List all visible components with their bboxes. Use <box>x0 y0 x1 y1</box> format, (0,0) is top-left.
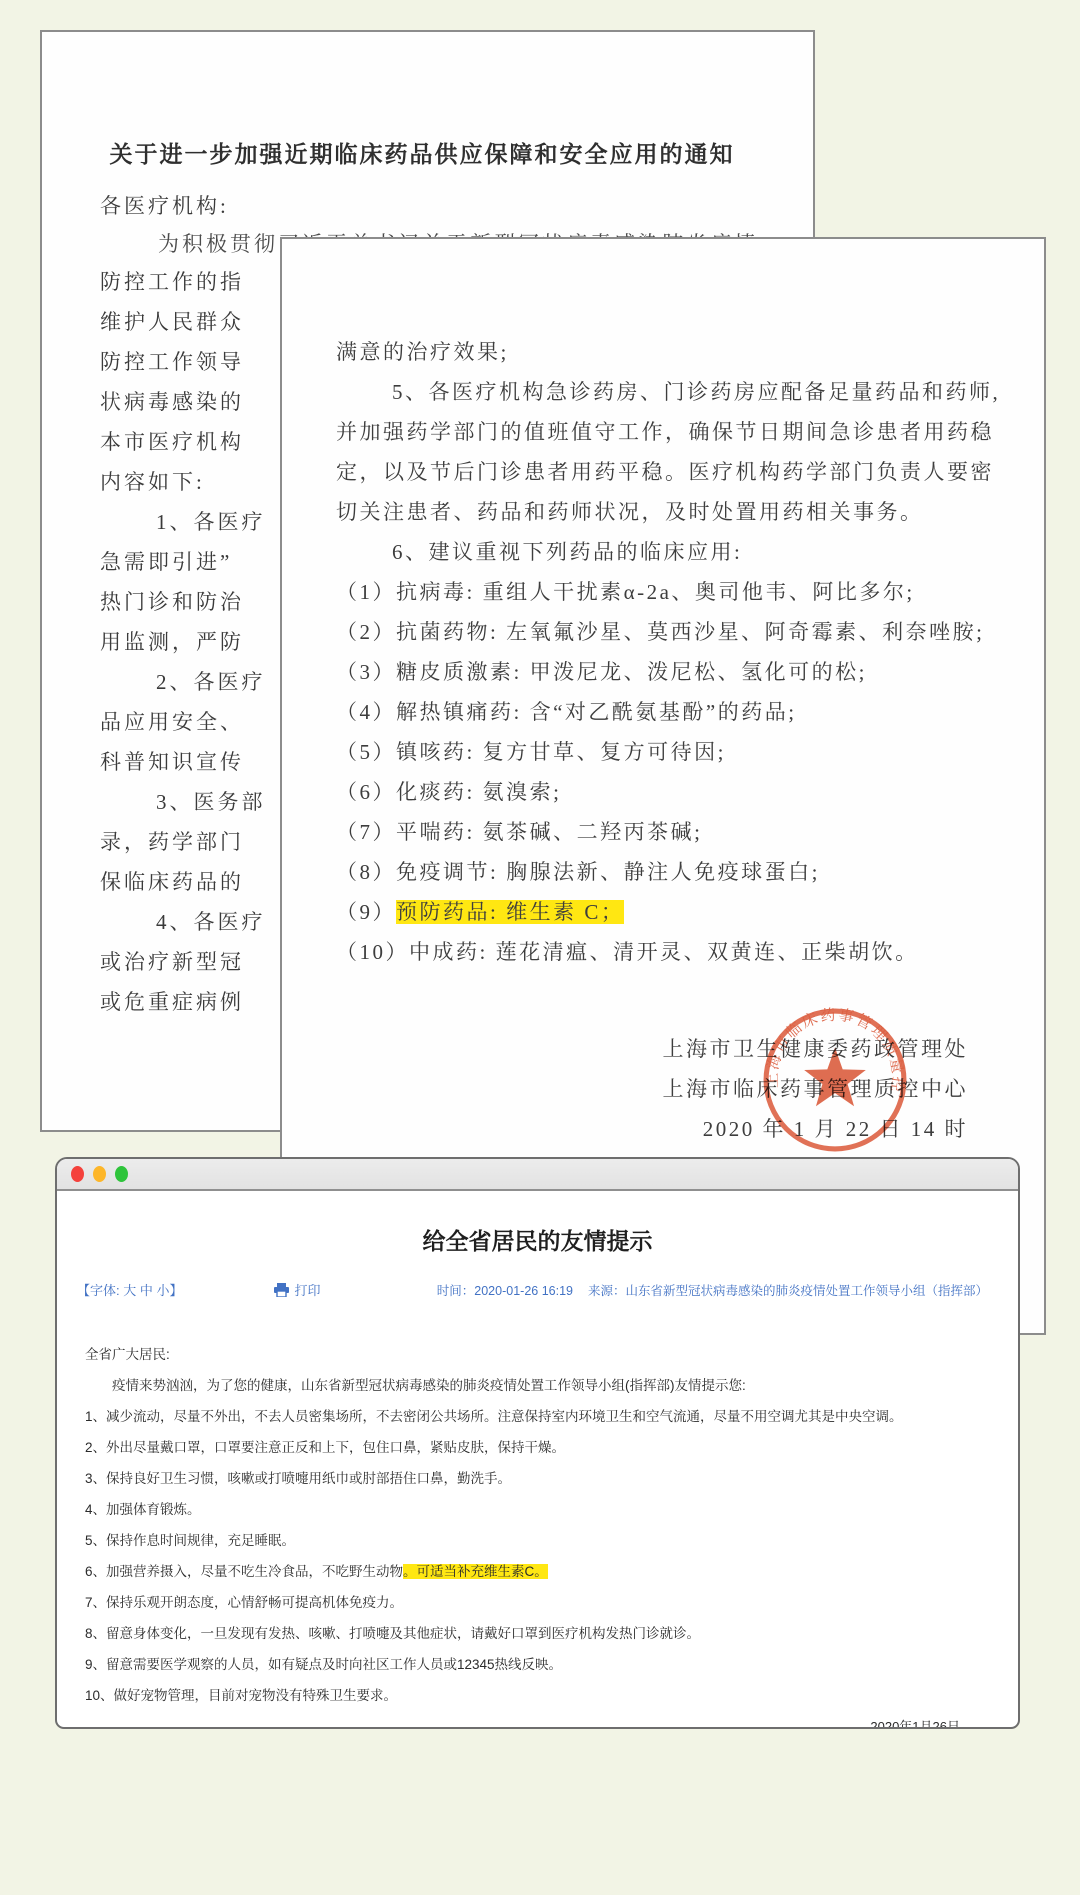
front-doc-line-text: （10）中成药: 莲花清瘟、清开灵、双黄连、正柴胡饮。 <box>336 940 919 964</box>
highlighted-text: 预防药品: 维生素 C； <box>396 900 624 924</box>
back-doc-title: 关于进一步加强近期临床药品供应保障和安全应用的通知 <box>82 136 762 169</box>
back-doc-line: 内容如下: <box>100 462 266 502</box>
back-doc-line-text: 4、各医疗 <box>156 910 266 934</box>
front-doc-line: 5、各医疗机构急诊药房、门诊药房应配备足量药品和药师, <box>336 372 1000 412</box>
tip-line: 4、加强体育锻炼。 <box>85 1494 990 1525</box>
front-doc-line: （3）糖皮质激素: 甲泼尼龙、泼尼松、氢化可的松; <box>336 652 1000 692</box>
back-doc-line: 4、各医疗 <box>100 902 266 942</box>
front-doc-line: （6）化痰药: 氨溴索; <box>336 772 1000 812</box>
back-doc-line-text: 内容如下: <box>100 470 205 494</box>
back-doc-line: 2、各医疗 <box>100 662 266 702</box>
tip-line: 5、保持作息时间规律，充足睡眠。 <box>85 1525 990 1556</box>
front-doc-line-text: （6）化痰药: 氨溴索; <box>336 780 561 804</box>
tip-line-text: 9、留意需要医学观察的人员，如有疑点及时向社区工作人员或12345热线反映。 <box>85 1657 562 1672</box>
front-doc-line: （5）镇咳药: 复方甘草、复方可待因; <box>336 732 1000 772</box>
front-doc-line: 定，以及节后门诊患者用药平稳。医疗机构药学部门负责人要密 <box>336 452 1000 492</box>
front-doc-line-text: （9） <box>336 900 396 924</box>
highlighted-text: 。可适当补充维生素C。 <box>403 1564 548 1579</box>
tips-list: 1、减少流动，尽量不外出，不去人员密集场所，不去密闭公共场所。注意保持室内环境卫… <box>85 1401 990 1711</box>
back-doc-line-text: 或治疗新型冠 <box>100 950 244 974</box>
zoom-window-icon[interactable] <box>115 1166 128 1182</box>
article-meta-bar: 【字体: 大 中 小】 打印 时间：2020-01-26 16:19 来源：山东… <box>57 1280 1018 1299</box>
back-doc-line: 防控工作的指 <box>100 262 266 302</box>
front-doc-line-text: 并加强药学部门的值班值守工作，确保节日期间急诊患者用药稳 <box>336 420 994 444</box>
back-doc-salutation: 各医疗机构: <box>100 190 229 220</box>
font-size-control[interactable]: 【字体: 大 中 小】 <box>77 1280 182 1299</box>
back-doc-line-text: 状病毒感染的 <box>100 390 244 414</box>
front-doc-line: 切关注患者、药品和药师状况，及时处置用药相关事务。 <box>336 492 1000 532</box>
back-doc-line: 或治疗新型冠 <box>100 942 266 982</box>
article-source: 来源：山东省新型冠状病毒感染的肺炎疫情处置工作领导小组（指挥部） <box>588 1281 988 1299</box>
back-doc-line-text: 3、医务部 <box>156 790 266 814</box>
back-doc-line-text: 维护人民群众 <box>100 310 244 334</box>
back-doc-line-text: 或危重症病例 <box>100 990 244 1014</box>
front-doc-line-text: 满意的治疗效果; <box>336 340 509 364</box>
tip-line: 3、保持良好卫生习惯，咳嗽或打喷嚏用纸巾或肘部捂住口鼻，勤洗手。 <box>85 1463 990 1494</box>
front-doc-line-text: （4）解热镇痛药: 含“对乙酰氨基酚”的药品; <box>336 700 797 724</box>
tip-line-text: 3、保持良好卫生习惯，咳嗽或打喷嚏用纸巾或肘部捂住口鼻，勤洗手。 <box>85 1471 511 1486</box>
close-window-icon[interactable] <box>71 1166 84 1182</box>
browser-window: 给全省居民的友情提示 【字体: 大 中 小】 打印 时间：2020-01-26 … <box>55 1157 1020 1729</box>
back-doc-line-text: 本市医疗机构 <box>100 430 244 454</box>
tip-line-text: 1、减少流动，尽量不外出，不去人员密集场所，不去密闭公共场所。注意保持室内环境卫… <box>85 1409 903 1424</box>
front-doc-line: （1）抗病毒: 重组人干扰素α-2a、奥司他韦、阿比多尔; <box>336 572 1000 612</box>
front-doc-line-text: （2）抗菌药物: 左氧氟沙星、莫西沙星、阿奇霉素、利奈唑胺; <box>336 620 984 644</box>
front-doc-line: 6、建议重视下列药品的临床应用: <box>336 532 1000 572</box>
official-seal-stamp-icon: 上海市临床药事管理质量控制中心 <box>760 1005 910 1155</box>
page-title: 给全省居民的友情提示 <box>57 1223 1018 1256</box>
article-body: 全省广大居民: 疫情来势汹汹，为了您的健康，山东省新型冠状病毒感染的肺炎疫情处置… <box>57 1299 1018 1729</box>
front-doc-line: 满意的治疗效果; <box>336 332 1000 372</box>
tip-line-text: 7、保持乐观开朗态度，心情舒畅可提高机体免疫力。 <box>85 1595 403 1610</box>
front-doc-line-text: （8）免疫调节: 胸腺法新、静注人免疫球蛋白; <box>336 860 820 884</box>
front-doc-lines: 满意的治疗效果;5、各医疗机构急诊药房、门诊药房应配备足量药品和药师,并加强药学… <box>336 332 1000 972</box>
back-doc-line-text: 品应用安全、 <box>100 710 244 734</box>
back-doc-line: 科普知识宣传 <box>100 742 266 782</box>
tip-line: 1、减少流动，尽量不外出，不去人员密集场所，不去密闭公共场所。注意保持室内环境卫… <box>85 1401 990 1432</box>
tip-line: 8、留意身体变化，一旦发现有发热、咳嗽、打喷嚏及其他症状，请戴好口罩到医疗机构发… <box>85 1618 990 1649</box>
back-doc-line-text: 用监测，严防 <box>100 630 244 654</box>
front-doc-line: （4）解热镇痛药: 含“对乙酰氨基酚”的药品; <box>336 692 1000 732</box>
back-doc-line-text: 2、各医疗 <box>156 670 266 694</box>
publish-time: 时间：2020-01-26 16:19 <box>437 1281 573 1299</box>
back-doc-line-text: 防控工作的指 <box>100 270 244 294</box>
back-doc-line: 用监测，严防 <box>100 622 266 662</box>
back-doc-line: 或危重症病例 <box>100 982 266 1022</box>
front-doc-line-text: （1）抗病毒: 重组人干扰素α-2a、奥司他韦、阿比多尔; <box>336 580 915 604</box>
printer-icon <box>274 1283 289 1297</box>
window-titlebar <box>57 1159 1018 1191</box>
back-doc-line-text: 科普知识宣传 <box>100 750 244 774</box>
back-doc-line: 急需即引进” <box>100 542 266 582</box>
front-doc-line: （2）抗菌药物: 左氧氟沙星、莫西沙星、阿奇霉素、利奈唑胺; <box>336 612 1000 652</box>
front-doc-line-text: （3）糖皮质激素: 甲泼尼龙、泼尼松、氢化可的松; <box>336 660 867 684</box>
back-doc-line-text: 录，药学部门 <box>100 830 244 854</box>
print-label: 打印 <box>294 1280 320 1299</box>
front-doc-line: （8）免疫调节: 胸腺法新、静注人免疫球蛋白; <box>336 852 1000 892</box>
tip-line-text: 2、外出尽量戴口罩，口罩要注意正反和上下，包住口鼻，紧贴皮肤，保持干燥。 <box>85 1440 565 1455</box>
back-doc-line: 保临床药品的 <box>100 862 266 902</box>
back-doc-line-text: 急需即引进” <box>100 550 232 574</box>
back-doc-line-text: 热门诊和防治 <box>100 590 244 614</box>
front-doc-line-text: 5、各医疗机构急诊药房、门诊药房应配备足量药品和药师, <box>392 380 1000 404</box>
front-doc-line: （10）中成药: 莲花清瘟、清开灵、双黄连、正柴胡饮。 <box>336 932 1000 972</box>
tip-line: 7、保持乐观开朗态度，心情舒畅可提高机体免疫力。 <box>85 1587 990 1618</box>
back-doc-line: 录，药学部门 <box>100 822 266 862</box>
back-doc-line: 维护人民群众 <box>100 302 266 342</box>
screenshot-canvas: 关于进一步加强近期临床药品供应保障和安全应用的通知 各医疗机构: 为积极贯彻习近… <box>0 0 1080 1895</box>
front-doc-line-text: 定，以及节后门诊患者用药平稳。医疗机构药学部门负责人要密 <box>336 460 994 484</box>
back-doc-line: 3、医务部 <box>100 782 266 822</box>
front-doc-line-text: 切关注患者、药品和药师状况，及时处置用药相关事务。 <box>336 500 924 524</box>
back-doc-line: 热门诊和防治 <box>100 582 266 622</box>
tip-line-text: 8、留意身体变化，一旦发现有发热、咳嗽、打喷嚏及其他症状，请戴好口罩到医疗机构发… <box>85 1626 700 1641</box>
back-doc-line: 状病毒感染的 <box>100 382 266 422</box>
tip-line-text: 6、加强营养摄入，尽量不吃生冷食品，不吃野生动物 <box>85 1564 403 1579</box>
front-doc-line: 并加强药学部门的值班值守工作，确保节日期间急诊患者用药稳 <box>336 412 1000 452</box>
back-doc-line: 防控工作领导 <box>100 342 266 382</box>
article-intro: 疫情来势汹汹，为了您的健康，山东省新型冠状病毒感染的肺炎疫情处置工作领导小组(指… <box>85 1370 990 1401</box>
back-doc-line-text: 防控工作领导 <box>100 350 244 374</box>
back-doc-lines: 防控工作的指维护人民群众防控工作领导状病毒感染的本市医疗机构内容如下:1、各医疗… <box>100 262 266 1022</box>
back-doc-line: 本市医疗机构 <box>100 422 266 462</box>
article-date: 2020年1月26日 <box>85 1716 990 1729</box>
back-doc-line: 品应用安全、 <box>100 702 266 742</box>
front-doc-line: （9）预防药品: 维生素 C； <box>336 892 1000 932</box>
tip-line: 9、留意需要医学观察的人员，如有疑点及时向社区工作人员或12345热线反映。 <box>85 1649 990 1680</box>
back-doc-line-text: 1、各医疗 <box>156 510 266 534</box>
back-doc-line: 1、各医疗 <box>100 502 266 542</box>
tip-line-text: 10、做好宠物管理，目前对宠物没有特殊卫生要求。 <box>85 1688 397 1703</box>
back-doc-line-text: 保临床药品的 <box>100 870 244 894</box>
tip-line-text: 4、加强体育锻炼。 <box>85 1502 201 1517</box>
front-doc-line-text: （7）平喘药: 氨茶碱、二羟丙茶碱; <box>336 820 702 844</box>
print-button[interactable]: 打印 <box>274 1280 320 1299</box>
front-doc-line-text: 6、建议重视下列药品的临床应用: <box>392 540 742 564</box>
front-doc-line-text: （5）镇咳药: 复方甘草、复方可待因; <box>336 740 726 764</box>
front-doc-line: （7）平喘药: 氨茶碱、二羟丙茶碱; <box>336 812 1000 852</box>
minimize-window-icon[interactable] <box>93 1166 106 1182</box>
tip-line-text: 5、保持作息时间规律，充足睡眠。 <box>85 1533 295 1548</box>
tip-line: 10、做好宠物管理，目前对宠物没有特殊卫生要求。 <box>85 1680 990 1711</box>
article-salutation: 全省广大居民: <box>85 1339 990 1370</box>
tip-line: 2、外出尽量戴口罩，口罩要注意正反和上下，包住口鼻，紧贴皮肤，保持干燥。 <box>85 1432 990 1463</box>
tip-line: 6、加强营养摄入，尽量不吃生冷食品，不吃野生动物。可适当补充维生素C。 <box>85 1556 990 1587</box>
